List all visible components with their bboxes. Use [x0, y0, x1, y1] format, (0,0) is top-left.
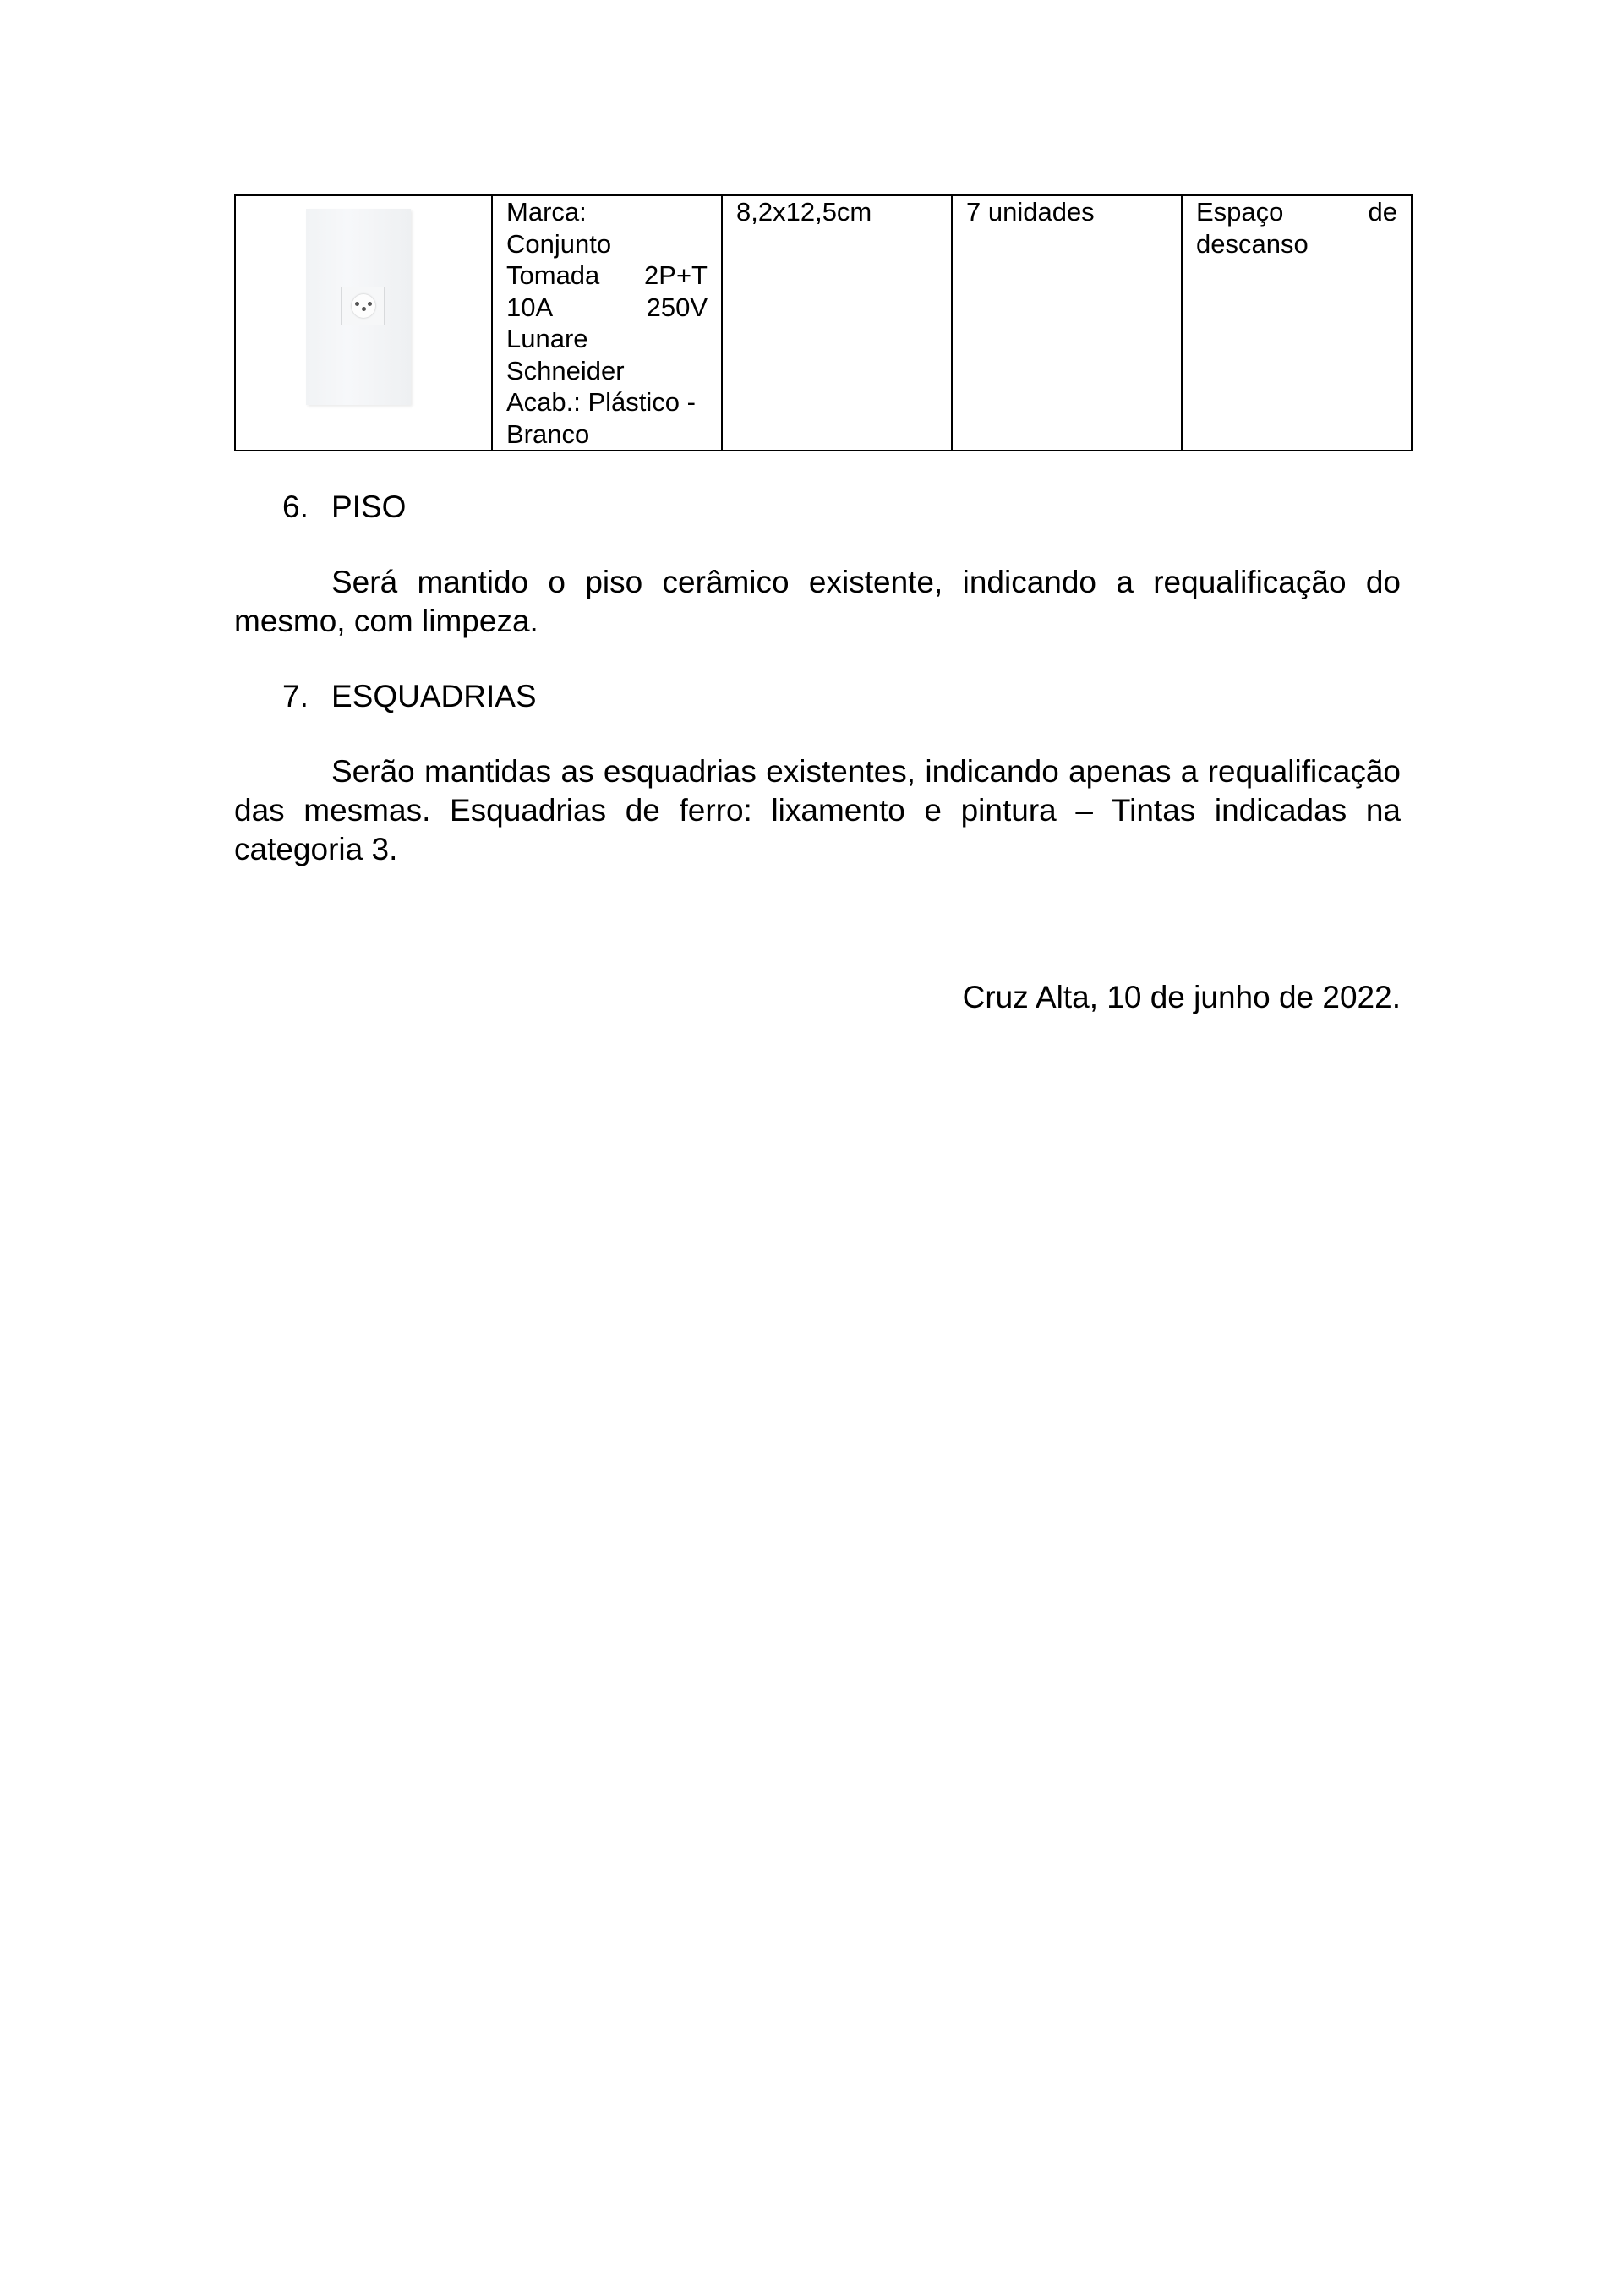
product-location-cell: Espaçode descanso	[1182, 195, 1412, 451]
section-heading-esquadrias: 7.ESQUADRIAS	[282, 678, 537, 715]
section-heading-piso: 6.PISO	[282, 489, 406, 526]
signoff-place-date: Cruz Alta, 10 de junho de 2022.	[963, 979, 1401, 1016]
product-description-cell: Marca: Conjunto Tomada2P+T 10A250V Lunar…	[492, 195, 722, 451]
product-table: Marca: Conjunto Tomada2P+T 10A250V Lunar…	[234, 194, 1413, 451]
document-page: Marca: Conjunto Tomada2P+T 10A250V Lunar…	[0, 0, 1623, 2296]
product-size-cell: 8,2x12,5cm	[722, 195, 952, 451]
electrical-outlet-image	[306, 209, 411, 405]
table-row: Marca: Conjunto Tomada2P+T 10A250V Lunar…	[235, 195, 1412, 451]
section-paragraph-piso: Será mantido o piso cerâmico existente, …	[234, 563, 1401, 641]
product-image-cell	[235, 195, 492, 451]
product-quantity-cell: 7 unidades	[952, 195, 1182, 451]
section-paragraph-esquadrias: Serão mantidas as esquadrias existentes,…	[234, 752, 1401, 869]
